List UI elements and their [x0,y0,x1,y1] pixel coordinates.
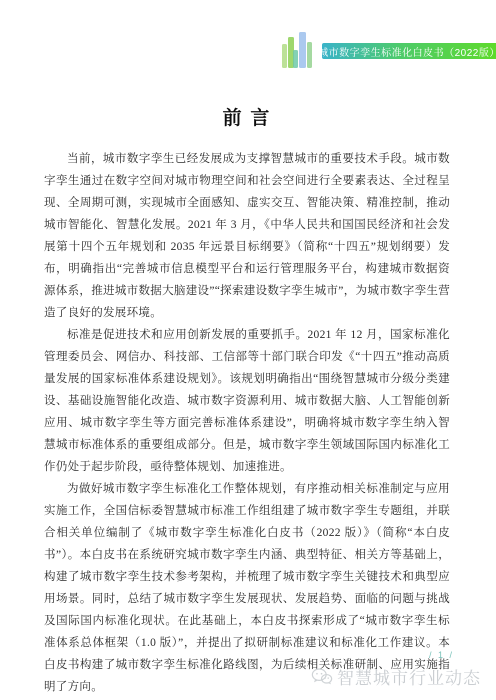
banner-title: 城市数字孪生标准化白皮书（2022版） [322,43,496,59]
watermark-label: 智慧城市行业动态 [337,664,481,689]
page-title: 前 言 [44,103,450,130]
paragraph-2: 标准是促进技术和应用创新发展的重要抓手。2021 年 12 月，国家标准化管理委… [44,324,450,478]
whitepaper-page: 城市数字孪生标准化白皮书（2022版） 前 言 当前，城市数字孪生已经发展成为支… [0,0,496,700]
page-header: 城市数字孪生标准化白皮书（2022版） [281,30,496,72]
page-number: / 1 / [429,650,454,660]
watermark: 智慧城市行业动态 [311,664,481,689]
document-content: 前 言 当前，城市数字孪生已经发展成为支撑智慧城市的重要技术手段。城市数字孪生通… [44,103,450,698]
paragraph-1: 当前，城市数字孪生已经发展成为支撑智慧城市的重要技术手段。城市数字孪生通过在数字… [44,148,450,324]
city-skyline-logo-icon [281,30,315,72]
wechat-icon [311,667,333,686]
